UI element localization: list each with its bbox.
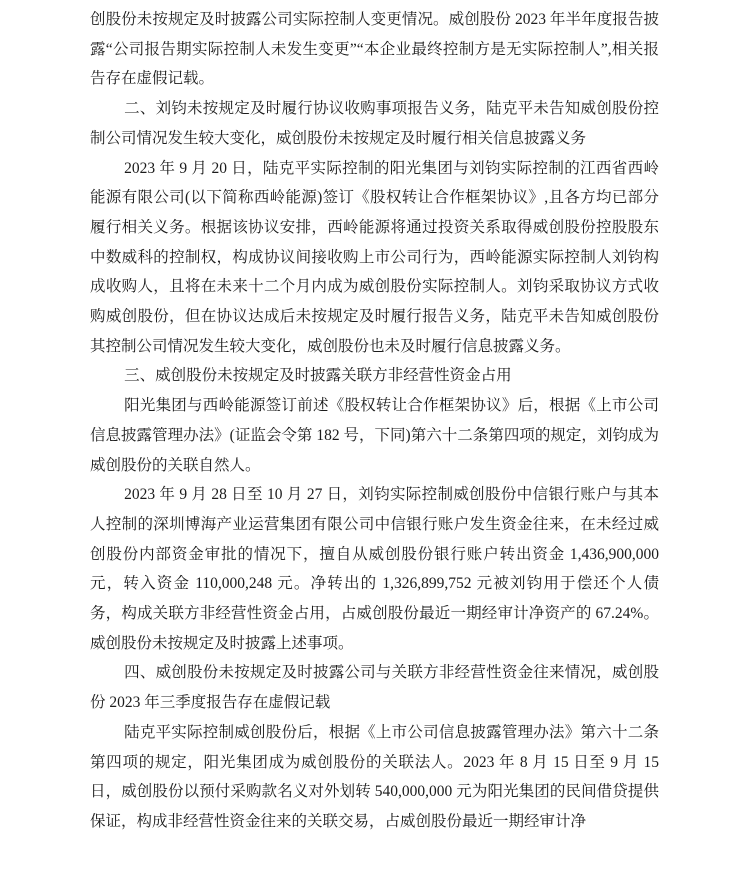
section-heading-2: 二、刘钧未按规定及时履行协议收购事项报告义务，陆克平未告知威创股份控制公司情况发…	[90, 94, 659, 153]
paragraph-section-3-body-1: 阳光集团与西岭能源签订前述《股权转让合作框架协议》后，根据《上市公司信息披露管理…	[90, 391, 659, 480]
section-heading-3: 三、威创股份未按规定及时披露关联方非经营性资金占用	[90, 361, 659, 391]
paragraph-section-3-body-2: 2023 年 9 月 28 日至 10 月 27 日，刘钧实际控制威创股份中信银…	[90, 480, 659, 658]
document-page: 创股份未按规定及时披露公司实际控制人变更情况。威创股份 2023 年半年度报告披…	[0, 0, 745, 879]
paragraph-section-4-body: 陆克平实际控制威创股份后，根据《上市公司信息披露管理办法》第六十二条第四项的规定…	[90, 718, 659, 837]
paragraph-section-2-body: 2023 年 9 月 20 日，陆克平实际控制的阳光集团与刘钧实际控制的江西省西…	[90, 154, 659, 362]
paragraph-continuation: 创股份未按规定及时披露公司实际控制人变更情况。威创股份 2023 年半年度报告披…	[90, 5, 659, 94]
section-heading-4: 四、威创股份未按规定及时披露公司与关联方非经营性资金往来情况，威创股份 2023…	[90, 658, 659, 717]
